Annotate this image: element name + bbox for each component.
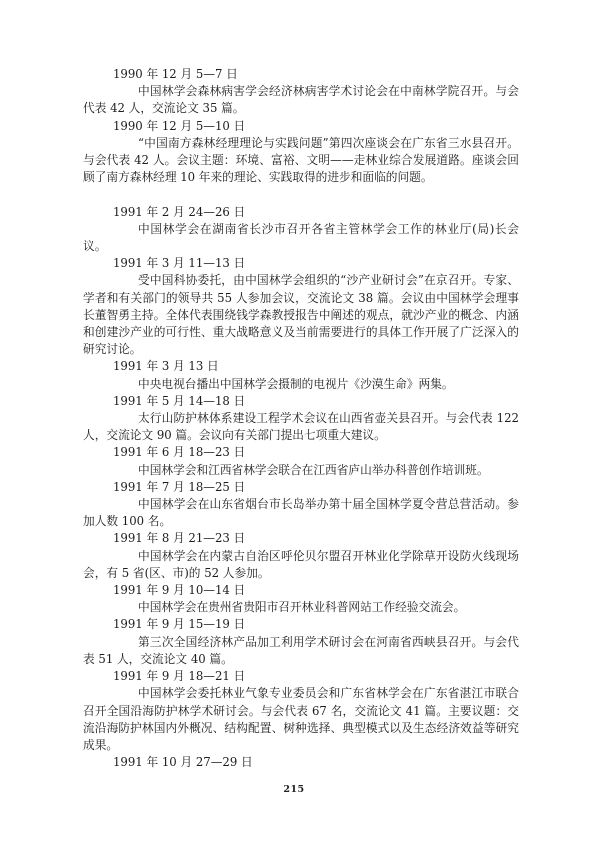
entry-date: 1991 年 8 月 21—23 日 [83,530,519,547]
entry-text: 第三次全国经济林产品加工利用学术研讨会在河南省西峡县召开。与会代表 51 人，交… [83,634,519,668]
entry-text: 中国林学会在湖南省长沙市召开各省主管林学会工作的林业厅(局)长会议。 [83,221,519,255]
entry-text: 中国林学会委托林业气象专业委员会和广东省林学会在广东省湛江市联合召开全国沿海防护… [83,685,519,754]
entry-date: 1991 年 10 月 27—29 日 [83,754,519,771]
chronology-entry: 1991 年 10 月 27—29 日 [83,754,519,771]
chronology-entry: 1990 年 12 月 5—7 日中国林学会森林病害学会经济林病害学术讨论会在中… [83,66,519,118]
chronology-entry: 1991 年 9 月 15—19 日第三次全国经济林产品加工利用学术研讨会在河南… [83,616,519,668]
chronology-entry: 1991 年 9 月 10—14 日中国林学会在贵州省贵阳市召开林业科普网站工作… [83,582,519,616]
entry-text: 中国林学会和江西省林学会联合在江西省庐山举办科普创作培训班。 [83,462,519,479]
chronology-entry: 1991 年 7 月 18—25 日中国林学会在山东省烟台市长岛举办第十届全国林… [83,479,519,531]
entry-text: 中国林学会在贵州省贵阳市召开林业科普网站工作经验交流会。 [83,599,519,616]
entry-date: 1991 年 3 月 11—13 日 [83,255,519,272]
entry-date: 1991 年 3 月 13 日 [83,358,519,375]
entry-date: 1991 年 9 月 10—14 日 [83,582,519,599]
entry-text: “中国南方森林经理理论与实践问题”第四次座谈会在广东省三水县召开。与会代表 42… [83,135,519,187]
entry-text: 中央电视台播出中国林学会摄制的电视片《沙漠生命》两集。 [83,376,519,393]
entry-text: 受中国科协委托，由中国林学会组织的“沙产业研讨会”在京召开。专家、学者和有关部门… [83,272,519,358]
entry-text: 中国林学会在山东省烟台市长岛举办第十届全国林学夏令营总营活动。参加人数 100 … [83,496,519,530]
document-page: 1990 年 12 月 5—7 日中国林学会森林病害学会经济林病害学术讨论会在中… [0,0,600,848]
chronology-entry: 1991 年 3 月 13 日中央电视台播出中国林学会摄制的电视片《沙漠生命》两… [83,358,519,392]
chronology-entry: 1991 年 9 月 18—21 日中国林学会委托林业气象专业委员会和广东省林学… [83,668,519,754]
chronology-entry: 1990 年 12 月 5—10 日“中国南方森林经理理论与实践问题”第四次座谈… [83,118,519,187]
entry-date: 1991 年 2 月 24—26 日 [83,204,519,221]
entry-date: 1991 年 9 月 15—19 日 [83,616,519,633]
entry-date: 1990 年 12 月 5—10 日 [83,118,519,135]
entry-date: 1990 年 12 月 5—7 日 [83,66,519,83]
chronology-entry: 1991 年 6 月 18—23 日中国林学会和江西省林学会联合在江西省庐山举办… [83,444,519,478]
entry-date: 1991 年 9 月 18—21 日 [83,668,519,685]
entry-date: 1991 年 6 月 18—23 日 [83,444,519,461]
entry-text: 中国林学会森林病害学会经济林病害学术讨论会在中南林学院召开。与会代表 42 人，… [83,83,519,117]
entry-date: 1991 年 7 月 18—25 日 [83,479,519,496]
entry-text: 中国林学会在内蒙古自治区呼伦贝尔盟召开林业化学除草开设防火线现场会，有 5 省(… [83,548,519,582]
chronology-entry: 1991 年 8 月 21—23 日中国林学会在内蒙古自治区呼伦贝尔盟召开林业化… [83,530,519,582]
chronology-content: 1990 年 12 月 5—7 日中国林学会森林病害学会经济林病害学术讨论会在中… [83,66,519,771]
entry-date: 1991 年 5 月 14—18 日 [83,393,519,410]
chronology-entry: 1991 年 2 月 24—26 日中国林学会在湖南省长沙市召开各省主管林学会工… [83,204,519,256]
chronology-entry: 1991 年 3 月 11—13 日受中国科协委托，由中国林学会组织的“沙产业研… [83,255,519,358]
chronology-entry: 1991 年 5 月 14—18 日太行山防护林体系建设工程学术会议在山西省壶关… [83,393,519,445]
entry-text: 太行山防护林体系建设工程学术会议在山西省壶关县召开。与会代表 122 人，交流论… [83,410,519,444]
page-number: 215 [0,784,594,795]
